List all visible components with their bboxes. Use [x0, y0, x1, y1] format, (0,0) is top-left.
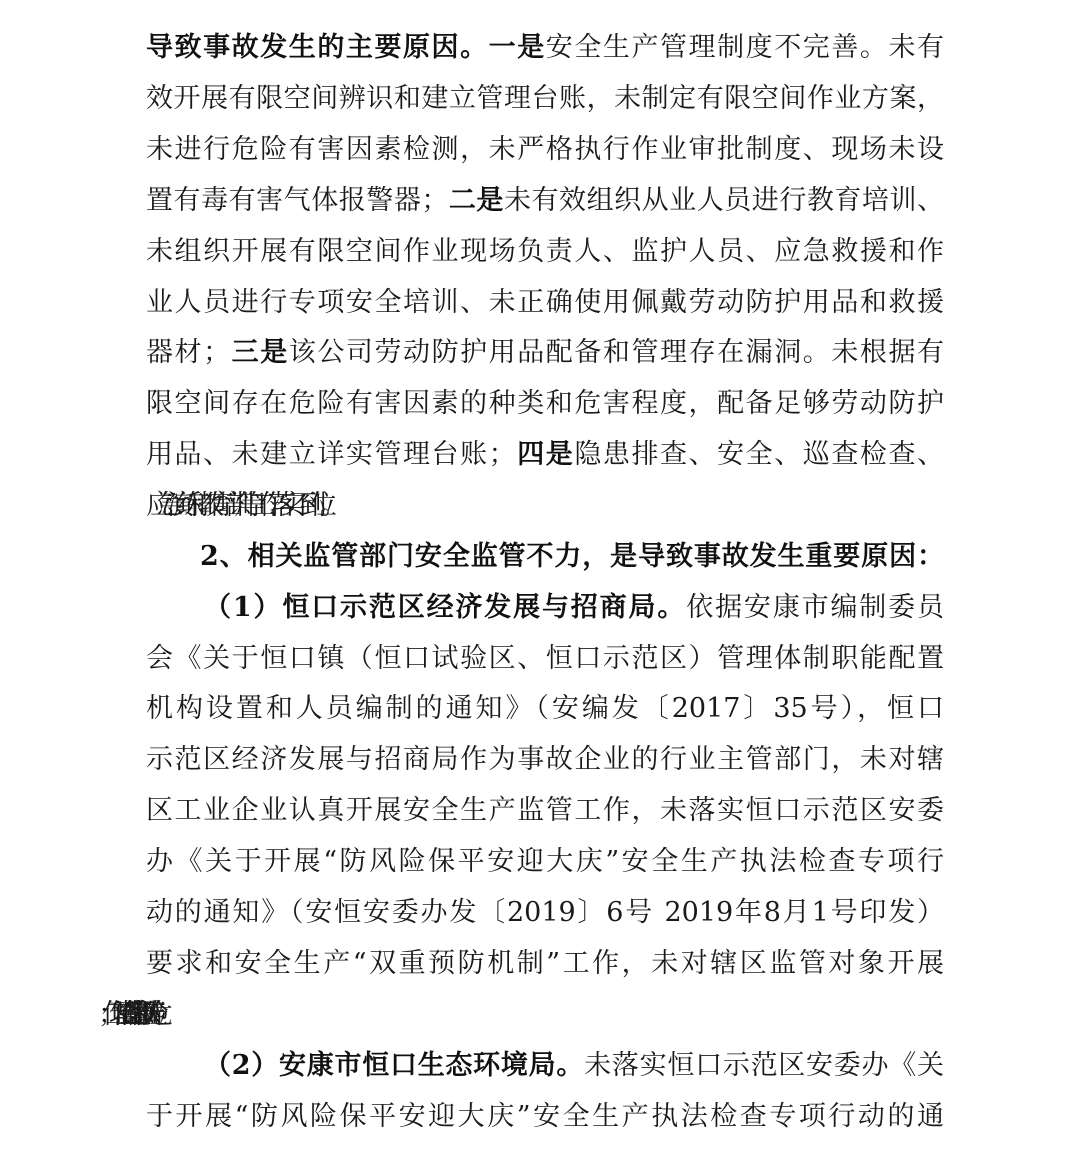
text-run: 限空间存在危险有害因素的种类和危害程度，配备足够劳动防护	[146, 388, 944, 419]
document-page: 导致事故发生的主要原因。一是安全生产管理制度不完善。未有 效开展有限空间辨识和建…	[0, 0, 1080, 1174]
section-heading-2: 2、相关监管部门安全监管不力，是导致事故发生重要原因：	[200, 537, 944, 577]
text-line-18: 动的通知》（安恒安委办发〔2019〕6号 2019年8月1号印发）	[146, 893, 944, 933]
text-run: 器材；	[146, 337, 230, 368]
text-line-3: 未进行危险有害因素检测，未严格执行作业审批制度、现场未设	[146, 130, 944, 170]
text-run: 未进行危险有害因素检测，未严格执行作业审批制度、现场未设	[146, 134, 944, 165]
text-line-2: 效开展有限空间辨识和建立管理台账，未制定有限空间作业方案，	[146, 79, 944, 119]
text-line-14: 机构设置和人员编制的通知》（安编发〔2017〕35号），恒口	[146, 689, 944, 729]
text-line-4: 置有毒有害气体报警器；二是未有效组织从业人员进行教育培训、	[146, 181, 944, 221]
text-run: 置有毒有害气体报警器；	[146, 185, 448, 216]
item-heading-2: （2）安康市恒口生态环境局。未落实恒口示范区安委办《关	[204, 1046, 944, 1086]
text-line-17: 办《关于开展“防风险保平安迎大庆”安全生产执法检查专项行	[146, 842, 944, 882]
text-line-19: 要求和安全生产“双重预防机制”工作，未对辖区监管对象开展	[146, 944, 944, 984]
bold-run: 2、相关监管部门安全监管不力，是导致事故发生重要原因：	[200, 541, 944, 572]
bold-run: （2）安康市恒口生态环境局。	[204, 1050, 584, 1081]
text-run: 机构设置和人员编制的通知》（安编发〔2017〕35号），恒口	[146, 693, 944, 724]
text-line-6: 业人员进行专项安全培训、未正确使用佩戴劳动防护用品和救援	[146, 283, 944, 323]
text-line-13: 会《关于恒口镇（恒口试验区、恒口示范区）管理体制职能配置	[146, 639, 944, 679]
text-line-5: 未组织开展有限空间作业现场负责人、监护人员、应急救援和作	[146, 232, 944, 272]
text-run: 应急演练和教育培训等工作落实不到位。	[146, 490, 330, 521]
text-run: 隐患排查、安全、巡查检查、	[574, 439, 944, 470]
text-run: 未落实恒口示范区安委办《关	[584, 1050, 944, 1081]
text-line-15: 示范区经济发展与招商局作为事故企业的行业主管部门，未对辖	[146, 740, 944, 780]
text-run: 未组织开展有限空间作业现场负责人、监护人员、应急救援和作	[146, 236, 944, 267]
text-line-9: 用品、未建立详实管理台账；四是隐患排查、安全、巡查检查、	[146, 435, 944, 475]
text-run: 要求和安全生产“双重预防机制”工作，未对辖区监管对象开展	[146, 948, 944, 979]
text-run: 安全生产管理制度不完善。未有	[546, 32, 944, 63]
text-run: 业人员进行专项安全培训、未正确使用佩戴劳动防护用品和救援	[146, 287, 944, 318]
text-line-20: 危险辨识和隐患排查治理工作；	[146, 995, 944, 1035]
text-run: 会《关于恒口镇（恒口试验区、恒口示范区）管理体制职能配置	[146, 643, 944, 674]
text-run: 于开展“防风险保平安迎大庆”安全生产执法检查专项行动的通	[146, 1101, 944, 1132]
text-run: 依据安康市编制委员	[686, 592, 944, 623]
bold-run: 二是	[448, 185, 504, 216]
text-run: 示范区经济发展与招商局作为事故企业的行业主管部门，未对辖	[146, 744, 944, 775]
text-line-8: 限空间存在危险有害因素的种类和危害程度，配备足够劳动防护	[146, 384, 944, 424]
text-run: 办《关于开展“防风险保平安迎大庆”安全生产执法检查专项行	[146, 846, 944, 877]
text-line-16: 区工业企业认真开展安全生产监管工作，未落实恒口示范区安委	[146, 791, 944, 831]
text-run: 该公司劳动防护用品配备和管理存在漏洞。未根据有	[289, 337, 944, 368]
text-line-7: 器材；三是该公司劳动防护用品配备和管理存在漏洞。未根据有	[146, 333, 944, 373]
text-run: 动的通知》（安恒安委办发〔2019〕6号 2019年8月1号印发）	[146, 897, 944, 928]
bold-run: 导致事故发生的主要原因。一是	[146, 32, 546, 63]
item-heading-1: （1）恒口示范区经济发展与招商局。依据安康市编制委员	[204, 588, 944, 628]
text-run: 区工业企业认真开展安全生产监管工作，未落实恒口示范区安委	[146, 795, 944, 826]
text-run: 未有效组织从业人员进行教育培训、	[504, 185, 944, 216]
text-run: 效开展有限空间辨识和建立管理台账，未制定有限空间作业方案，	[146, 83, 944, 114]
text-run: 用品、未建立详实管理台账；	[146, 439, 516, 470]
bold-run: 三是	[230, 337, 289, 368]
text-line-22: 于开展“防风险保平安迎大庆”安全生产执法检查专项行动的通	[146, 1097, 944, 1137]
text-line-10: 应急演练和教育培训等工作落实不到位。	[146, 486, 944, 526]
bold-run: （1）恒口示范区经济发展与招商局。	[204, 592, 686, 623]
text-line-1: 导致事故发生的主要原因。一是安全生产管理制度不完善。未有	[146, 28, 944, 68]
bold-run: 四是	[516, 439, 575, 470]
